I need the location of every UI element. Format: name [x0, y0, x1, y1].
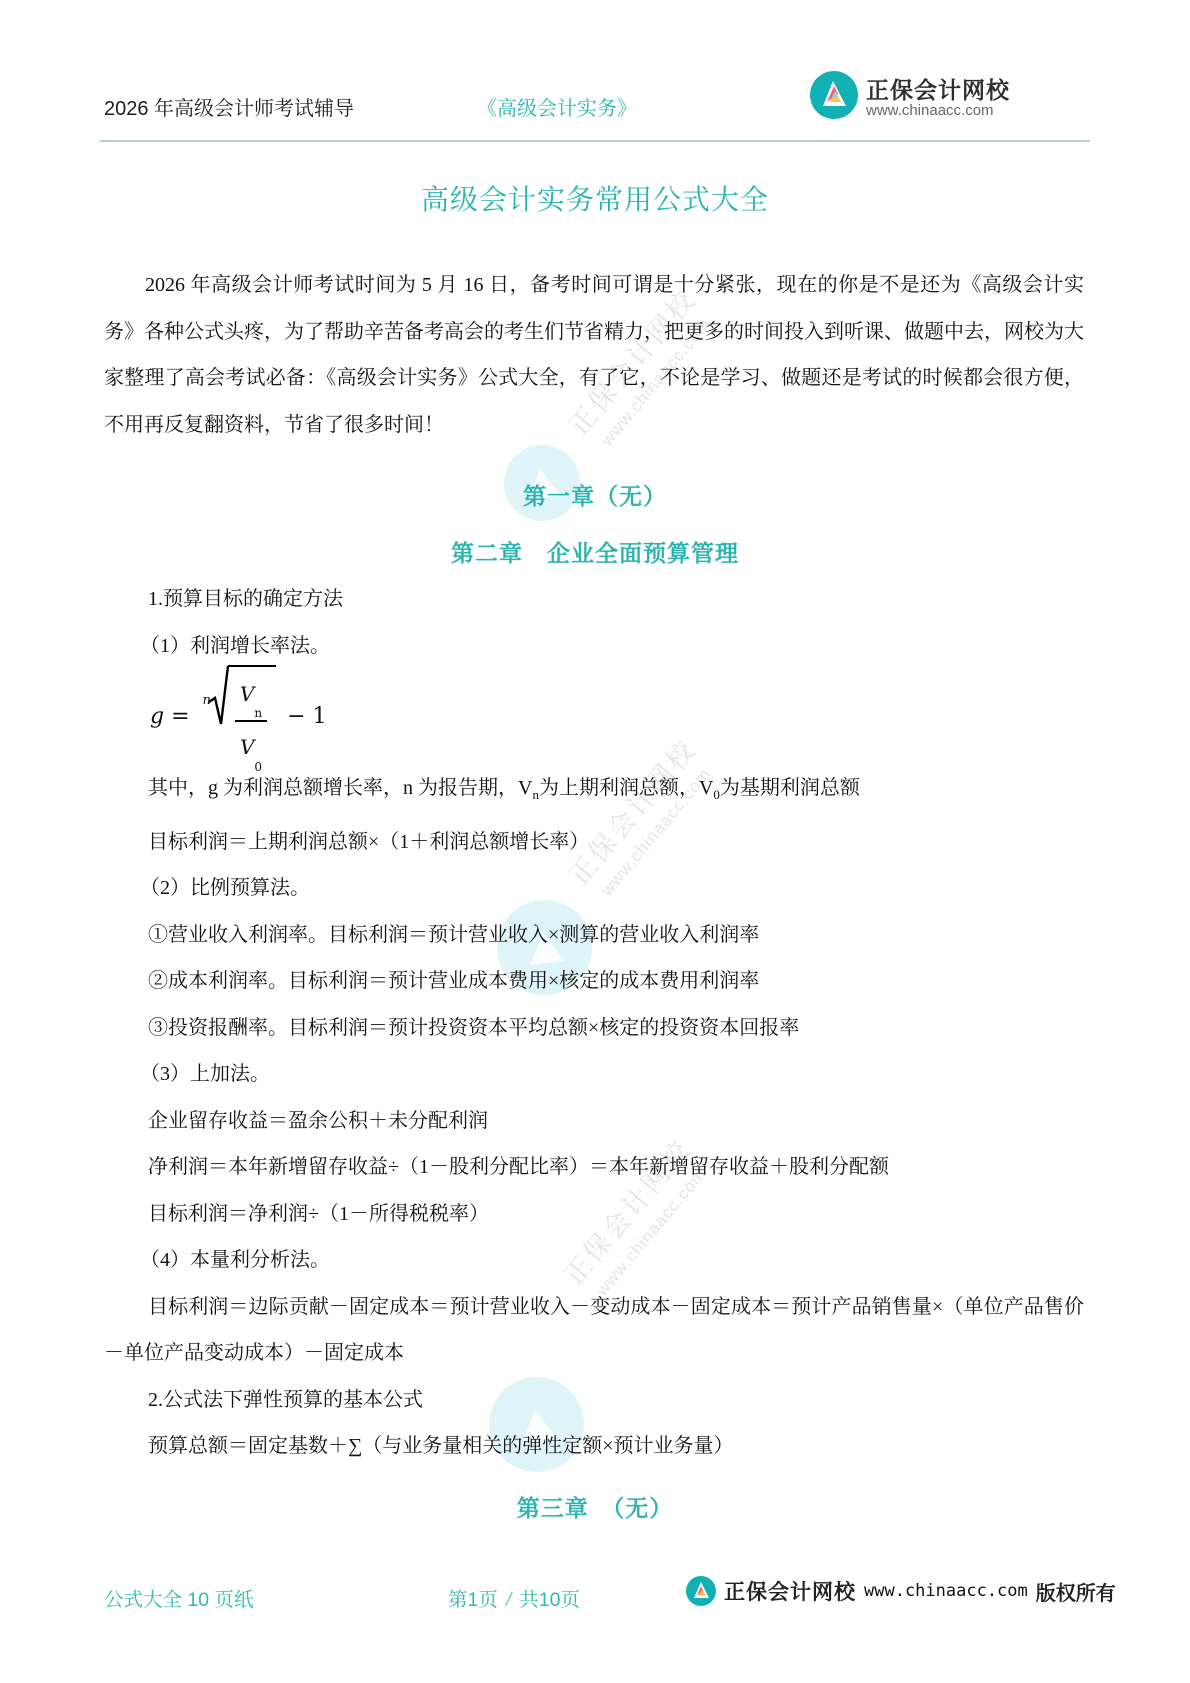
chapter-1-heading: 第一章（无）: [0, 478, 1190, 511]
content-line: ②成本利润率。目标利润＝预计营业成本费用×核定的成本费用利润率: [104, 958, 1084, 1005]
brand-logo-icon: [686, 1576, 716, 1606]
nth-root: n Vn V0: [203, 664, 277, 771]
content-line: 1.预算目标的确定方法: [104, 576, 1084, 623]
formula-constant: 1: [313, 694, 327, 741]
content-line: 净利润＝本年新增留存收益÷（1－股利分配比率）＝本年新增留存收益＋股利分配额: [104, 1144, 1084, 1191]
header-book-title: 《高级会计实务》: [477, 92, 637, 121]
content-line: 企业留存收益＝盈余公积＋未分配利润: [104, 1098, 1084, 1145]
footer-doc-label: 公式大全 10 页纸: [104, 1584, 254, 1612]
var-v: V: [240, 671, 254, 718]
fraction-denominator: V0: [240, 722, 262, 771]
content-line: ③投资报酬率。目标利润＝预计投资资本平均总额×核定的投资资本回报率: [104, 1005, 1084, 1052]
formula: g = n Vn V0 −: [150, 664, 327, 771]
brand-site-url: www.chinaacc.com: [864, 1581, 1028, 1601]
page-title: 高级会计实务常用公式大全: [0, 178, 1190, 218]
content-line: 目标利润＝上期利润总额×（1＋利润总额增长率）: [104, 819, 1084, 866]
radical-icon: [208, 664, 230, 728]
brand-name: 正保会计网校: [724, 1576, 856, 1606]
chapter-3-heading: 第三章 （无）: [0, 1490, 1190, 1523]
fraction: Vn V0: [235, 671, 267, 771]
intro-paragraph: 2026 年高级会计师考试时间为 5 月 16 日，备考时间可谓是十分紧张，现在…: [104, 262, 1084, 448]
subscript-n: n: [254, 707, 262, 719]
content-line: （2）比例预算法。: [104, 865, 1084, 912]
explain-part: 为上期利润总额，V: [539, 777, 713, 799]
chapter-2-heading: 第二章 企业全面预算管理: [0, 535, 1190, 568]
brand-site-url: www.chinaacc.com: [866, 102, 994, 119]
subscript-0: 0: [254, 761, 262, 773]
content-line: 2.公式法下弹性预算的基本公式: [104, 1377, 1084, 1424]
brand-logo-icon: [810, 71, 858, 119]
content-line: ①营业收入利润率。目标利润＝预计营业收入×测算的营业收入利润率: [104, 912, 1084, 959]
explain-part: 为基期利润总额: [720, 777, 860, 799]
fraction-numerator: Vn: [235, 671, 267, 723]
footer-page-number: 第1页/共10页: [448, 1584, 580, 1612]
explain-part: 其中，g 为利润总额增长率，n 为报告期，V: [148, 777, 532, 799]
content-line: 目标利润＝边际贡献－固定成本＝预计营业收入－变动成本－固定成本＝预计产品销售量×…: [104, 1284, 1084, 1377]
var-v: V: [240, 724, 254, 771]
content-line: （4）本量利分析法。: [104, 1237, 1084, 1284]
content-line: 预算总额＝固定基数＋∑（与业务量相关的弹性定额×预计业务量）: [104, 1423, 1084, 1470]
minus-sign: −: [287, 694, 305, 741]
header-course-title: 2026 年高级会计师考试辅导: [104, 92, 354, 121]
content-line: （1）利润增长率法。: [104, 623, 1084, 670]
radicand: Vn V0: [228, 665, 276, 771]
footer-copyright: 正保会计网校 www.chinaacc.com 版权所有: [686, 1576, 1116, 1606]
equals-sign: =: [171, 694, 189, 741]
total-pages: 共10页: [519, 1589, 580, 1611]
page-separator: /: [506, 1589, 511, 1611]
brand-name: 正保会计网校: [866, 72, 1010, 105]
profit-growth-formula: g = n Vn V0 −: [104, 669, 1084, 765]
copyright-label: 版权所有: [1036, 1577, 1116, 1606]
header-divider: [100, 140, 1090, 142]
content-line: （3）上加法。: [104, 1051, 1084, 1098]
document-page: 正保会计网校 www.chinaacc.com 正保会计网校 www.china…: [0, 0, 1190, 1683]
formula-lhs: g: [150, 694, 164, 741]
chapter-2-content: 1.预算目标的确定方法 （1）利润增长率法。 g = n Vn V: [104, 576, 1084, 1470]
current-page: 第1页: [448, 1589, 498, 1611]
content-line: 其中，g 为利润总额增长率，n 为报告期，Vn为上期利润总额，V0为基期利润总额: [104, 765, 1084, 819]
content-line: 目标利润＝净利润÷（1－所得税税率）: [104, 1191, 1084, 1238]
